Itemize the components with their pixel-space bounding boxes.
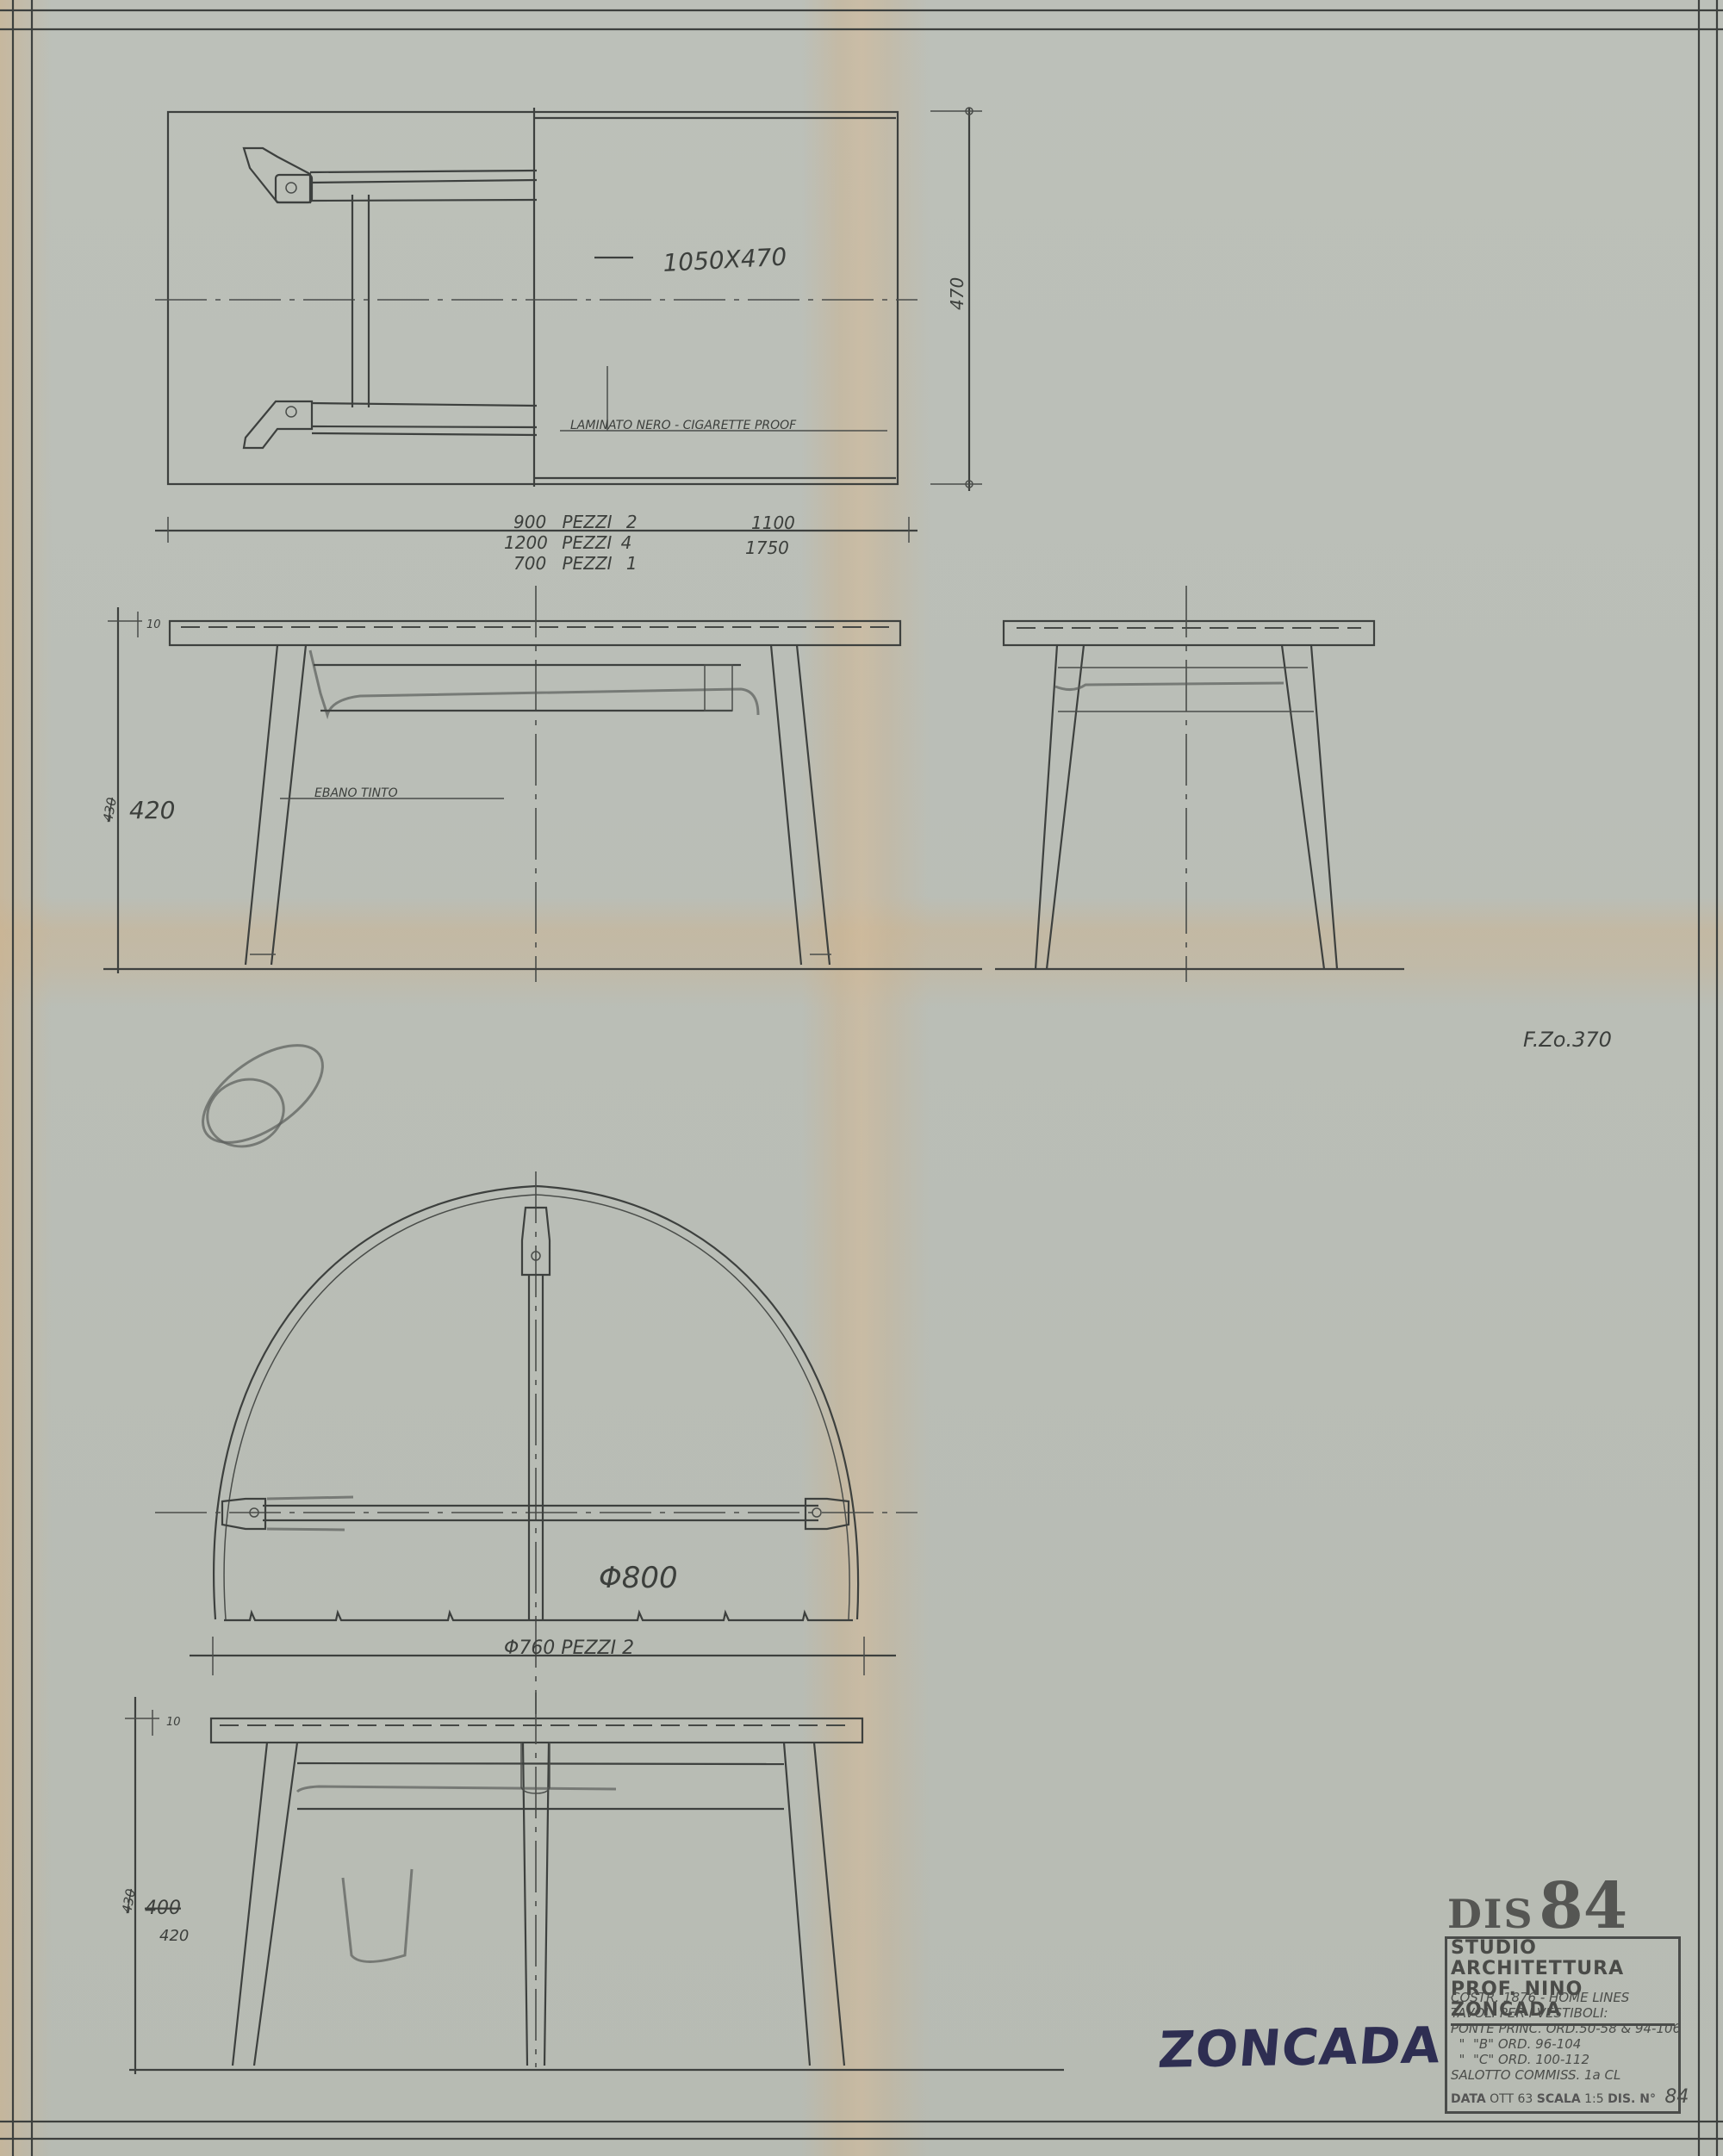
svg-text:1200 PEZZI 4: 1200 PEZZI 4 bbox=[504, 532, 631, 553]
scale-value: 1:5 bbox=[1584, 2092, 1604, 2106]
round-height-crossed-2: 400 bbox=[145, 1898, 181, 1919]
svg-text:700 PEZZI 1: 700 PEZZI 1 bbox=[513, 553, 638, 574]
scale-label: SCALA bbox=[1537, 2092, 1581, 2106]
front-height-crossed: 430 bbox=[100, 796, 120, 823]
drawing-number-heading: DIS 84 bbox=[1447, 1869, 1627, 1943]
technical-drawing-sheet: 1050X470 LAMINATO NERO - CIGARETTE PROOF… bbox=[0, 0, 1723, 2156]
svg-text:900 PEZZI 2: 900 PEZZI 2 bbox=[513, 512, 638, 532]
zoncada-stamp: ZONCADA bbox=[1156, 2016, 1444, 2079]
title-block-footer: DATA OTT 63 SCALA 1:5 DIS. N° 84 bbox=[1451, 2086, 1689, 2108]
top-diameter-label: Φ800 bbox=[599, 1561, 678, 1595]
front-elevation bbox=[103, 586, 982, 982]
top-dimension-label: 1050X470 bbox=[662, 243, 787, 277]
base-diameter-label: Φ760 PEZZI 2 bbox=[504, 1637, 634, 1659]
svg-text:1100: 1100 bbox=[751, 513, 795, 533]
dis-number: 84 bbox=[1539, 1869, 1627, 1943]
side-elevation bbox=[995, 586, 1404, 982]
front-height: 420 bbox=[129, 796, 175, 824]
laminate-note: LAMINATO NERO - CIGARETTE PROOF bbox=[570, 419, 797, 432]
round-top-thickness: 10 bbox=[166, 1716, 181, 1729]
studio-line-1: STUDIO ARCHITETTURA bbox=[1451, 1938, 1675, 1979]
dis-no-value: 84 bbox=[1664, 2086, 1689, 2108]
date-value: OTT 63 bbox=[1490, 2092, 1533, 2106]
oval-sketch bbox=[187, 1026, 339, 1161]
date-label: DATA bbox=[1451, 2092, 1486, 2106]
depth-dimension: 470 bbox=[947, 277, 967, 310]
svg-text:1750: 1750 bbox=[745, 537, 789, 558]
top-view-plan bbox=[155, 108, 982, 543]
sketch-reference: F.Zo.370 bbox=[1523, 1028, 1612, 1052]
ebony-note: EBANO TINTO bbox=[314, 786, 398, 800]
front-top-thickness: 10 bbox=[146, 618, 161, 631]
dis-label: DIS bbox=[1447, 1891, 1534, 1937]
dis-no-label: DIS. N° bbox=[1608, 2092, 1656, 2106]
round-table-elevation bbox=[125, 1693, 1064, 2074]
project-notes: COSTR. 1876 - HOME LINES TAVOLI PER I VE… bbox=[1451, 1990, 1676, 2083]
round-table-plan bbox=[155, 1171, 917, 1714]
round-height: 420 bbox=[159, 1927, 189, 1945]
length-dimension-list: 900 PEZZI 2 1200 PEZZI 4 700 PEZZI 1 110… bbox=[504, 512, 795, 574]
sheet-border bbox=[0, 0, 1723, 2156]
